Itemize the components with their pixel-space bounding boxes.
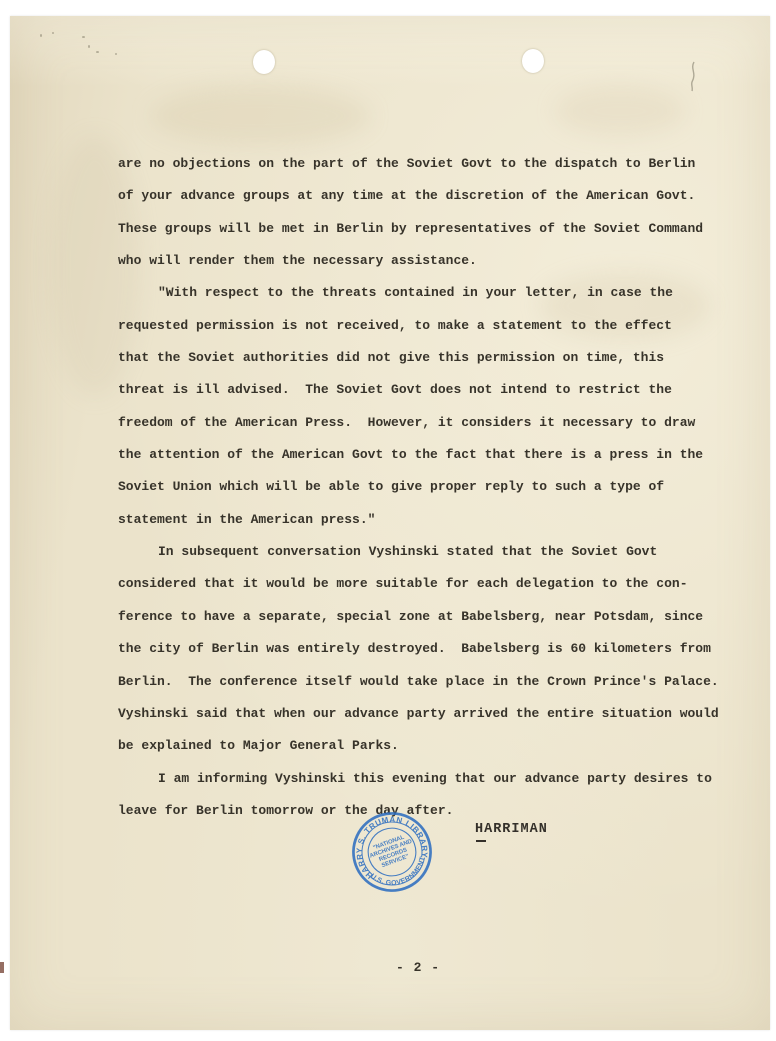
pencil-mark — [686, 60, 702, 94]
text-line: the city of Berlin was entirely destroye… — [118, 633, 766, 665]
text-line: "With respect to the threats contained i… — [118, 277, 766, 309]
signature: HARRIMAN — [475, 822, 548, 837]
text-line: considered that it would be more suitabl… — [118, 568, 766, 600]
archive-stamp: HARRY S. TRUMAN LIBRARY U.S. GOVERNMENT … — [342, 802, 442, 902]
text-line: freedom of the American Press. However, … — [118, 407, 766, 439]
text-line: I am informing Vyshinski this evening th… — [118, 763, 766, 795]
text-line: threat is ill advised. The Soviet Govt d… — [118, 374, 766, 406]
scan-edge-speck — [0, 962, 4, 973]
text-line: Vyshinski said that when our advance par… — [118, 698, 766, 730]
paper-speck — [82, 36, 85, 38]
text-line: that the Soviet authorities did not give… — [118, 342, 766, 374]
punch-hole-left — [253, 50, 275, 74]
paper-stain — [555, 86, 685, 136]
text-line: In subsequent conversation Vyshinski sta… — [118, 536, 766, 568]
paper-speck — [96, 51, 99, 53]
signature-underline — [476, 840, 486, 842]
text-line: These groups will be met in Berlin by re… — [118, 213, 766, 245]
body-text: are no objections on the part of the Sov… — [118, 148, 766, 827]
text-line: Berlin. The conference itself would take… — [118, 666, 766, 698]
punch-hole-right — [522, 49, 544, 73]
text-line: ference to have a separate, special zone… — [118, 601, 766, 633]
text-line: who will render them the necessary assis… — [118, 245, 766, 277]
text-line: leave for Berlin tomorrow or the day aft… — [118, 795, 766, 827]
text-line: Soviet Union which will be able to give … — [118, 471, 766, 503]
paper-speck — [115, 53, 117, 55]
scanned-document: are no objections on the part of the Sov… — [0, 0, 776, 1041]
text-line: statement in the American press." — [118, 504, 766, 536]
text-line: the attention of the American Govt to th… — [118, 439, 766, 471]
text-line: are no objections on the part of the Sov… — [118, 148, 766, 180]
text-line: be explained to Major General Parks. — [118, 730, 766, 762]
paper-speck — [52, 32, 54, 34]
paper-speck — [88, 45, 90, 48]
paper-stain — [150, 86, 370, 146]
text-line: requested permission is not received, to… — [118, 310, 766, 342]
page-number: - 2 - — [396, 960, 440, 975]
text-line: of your advance groups at any time at th… — [118, 180, 766, 212]
paper-speck — [40, 34, 42, 37]
